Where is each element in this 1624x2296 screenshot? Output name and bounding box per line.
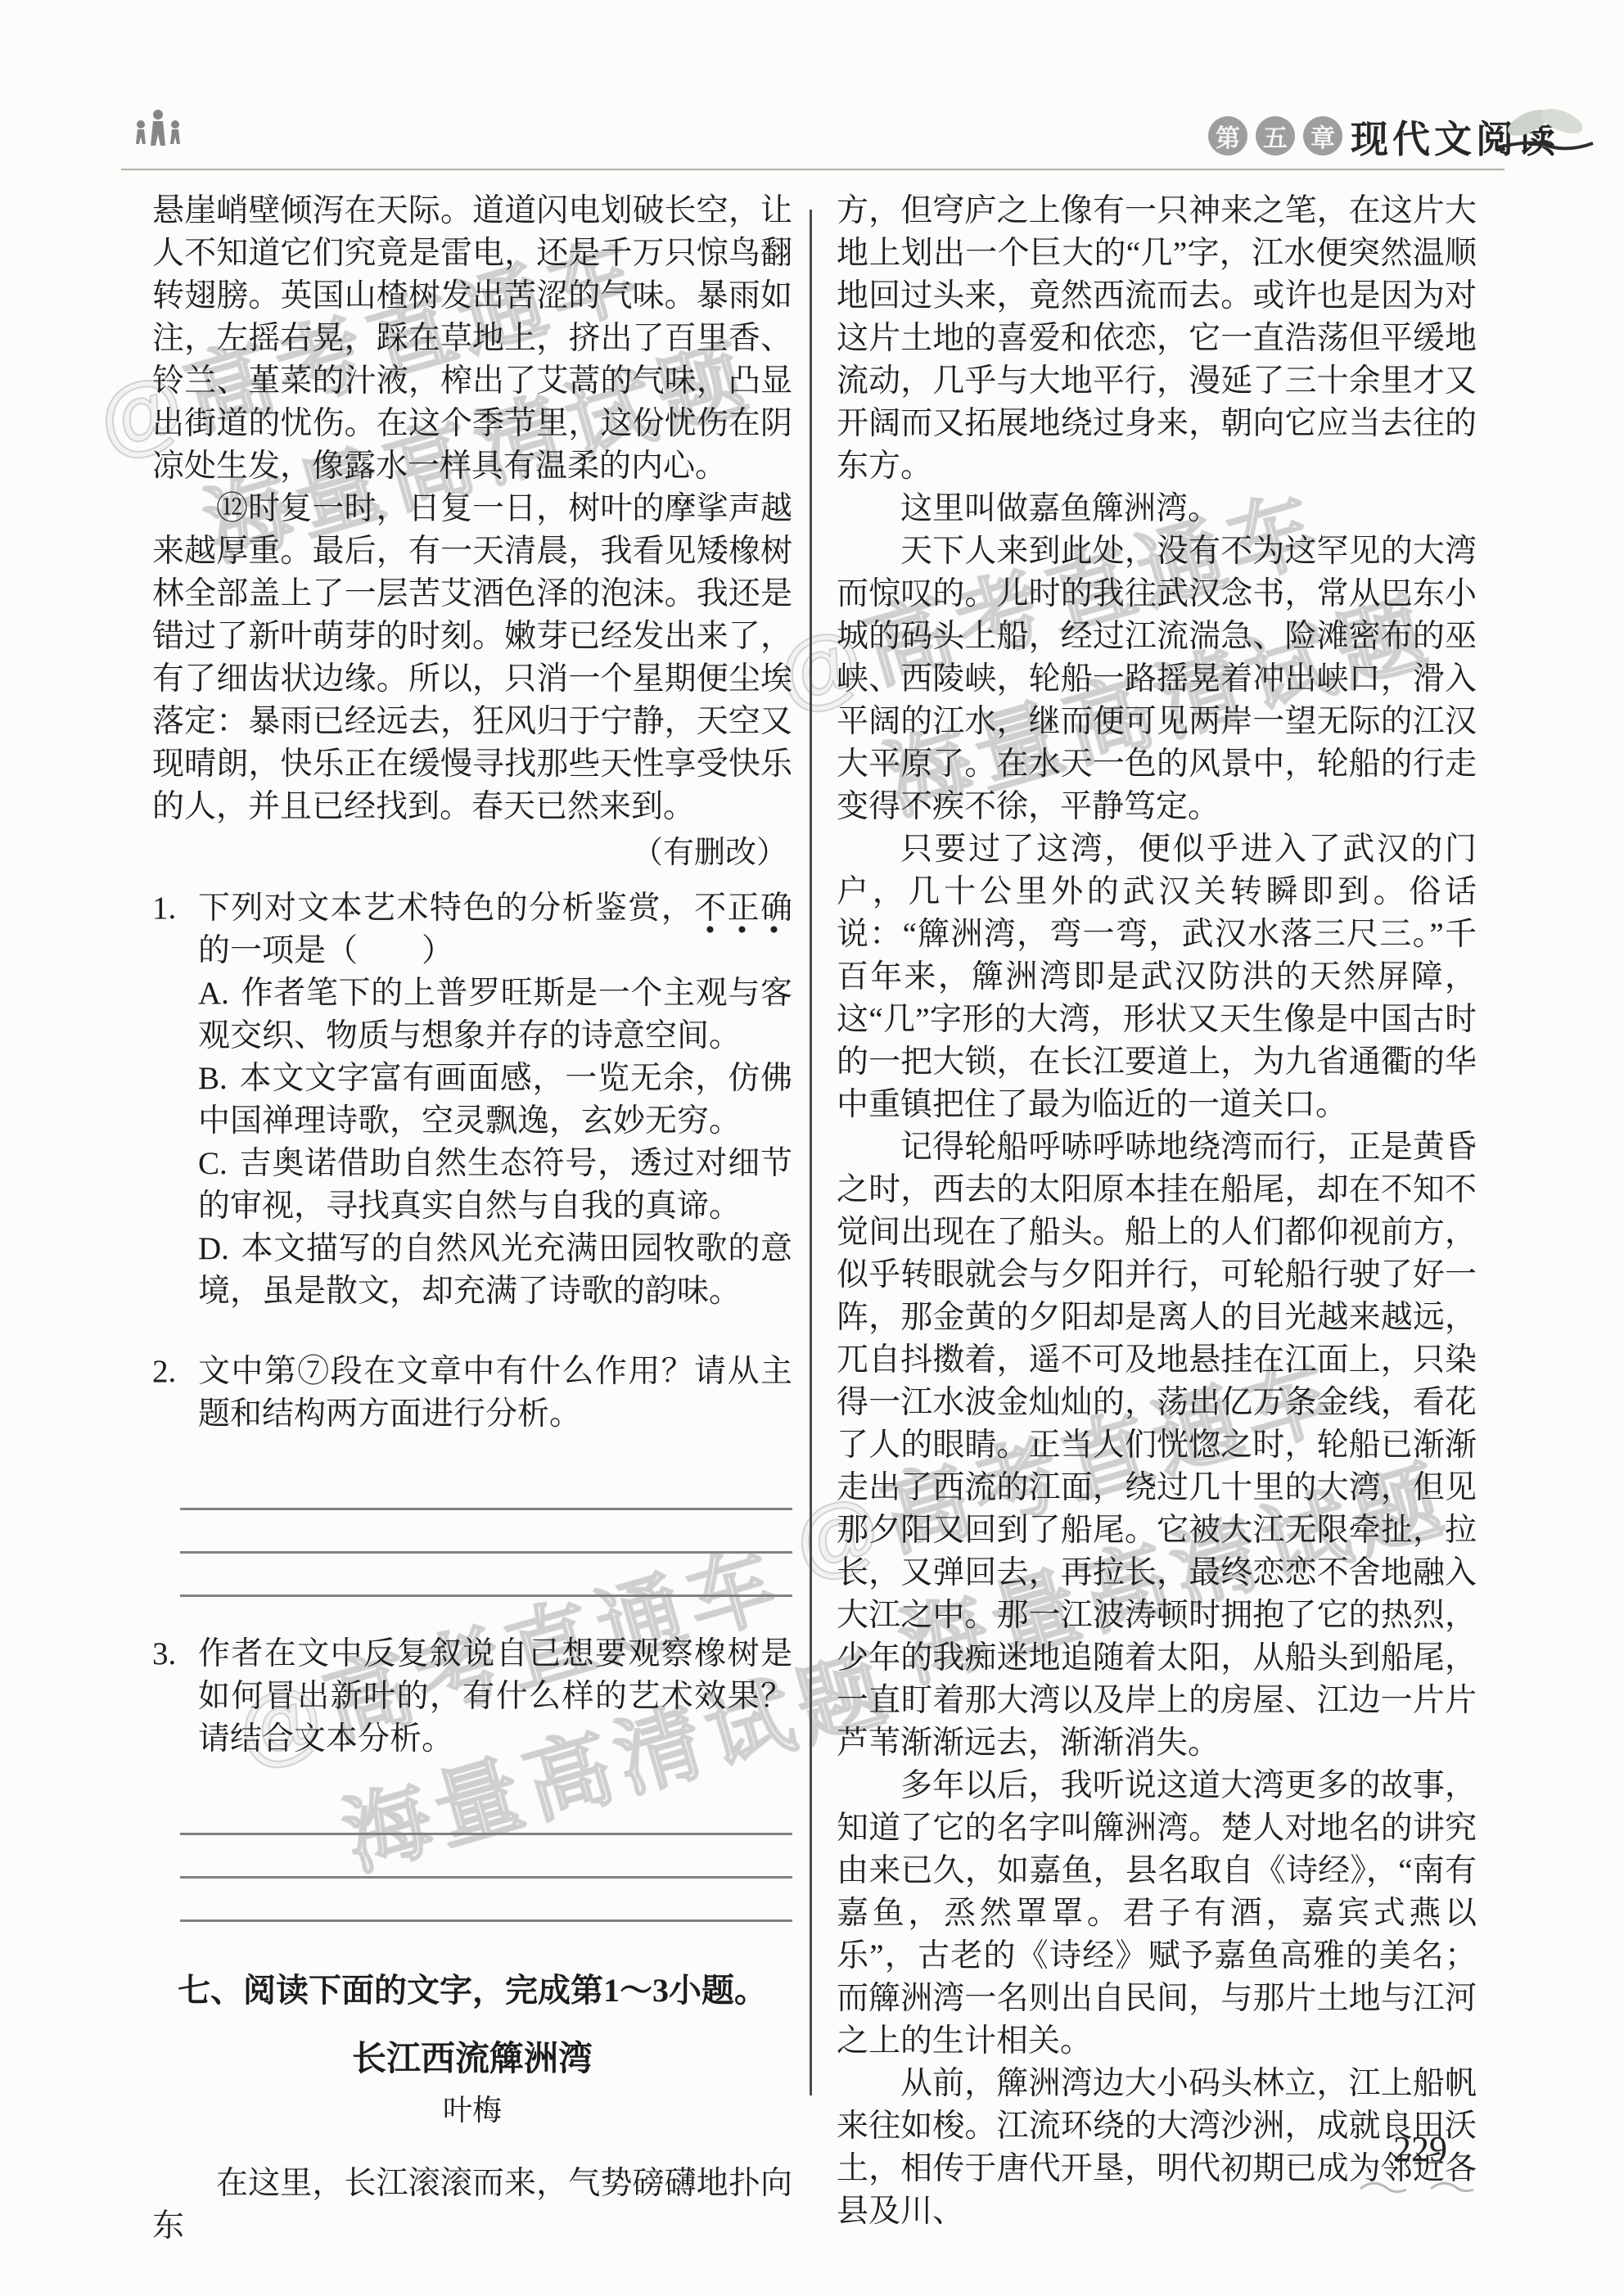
option-label: B. [198, 1061, 228, 1096]
passage-paragraph: 这里叫做嘉鱼簰洲湾。 [837, 488, 1477, 530]
answer-line [180, 1554, 792, 1597]
emphasized-text: 不正确 [694, 891, 792, 934]
answer-line [180, 1467, 792, 1510]
page-number-decoration-icon [1356, 2176, 1486, 2203]
answer-line [180, 1792, 792, 1835]
passage-paragraph: 方，但穹庐之上像有一只神来之笔，在这片大地上划出一个巨大的“几”字，江水便突然温… [837, 190, 1477, 488]
option-a: A.作者笔下的上普罗旺斯是一个主观与客观交织、物质与想象并存的诗意空间。 [198, 972, 792, 1058]
passage-paragraph: 多年以后，我听说这道大湾更多的故事，知道了它的名字叫簰洲湾。楚人对地名的讲究由来… [837, 1765, 1477, 2063]
option-c: C.吉奥诺借助自然生态符号，透过对细节的审视，寻找真实自然与自我的真谛。 [198, 1143, 792, 1228]
option-text: 本文描写的自然风光充满田园牧歌的意境，虽是散文，却充满了诗歌的韵味。 [198, 1231, 792, 1309]
page: { "header": { "chapter_badge": { "char1"… [0, 0, 1624, 2296]
answer-line [180, 1879, 792, 1922]
source-note: （有删改） [152, 832, 787, 874]
passage-paragraph: 只要过了这湾，便似乎进入了武汉的门户，几十公里外的武汉关转瞬即到。俗话说：“簰洲… [837, 828, 1477, 1126]
left-column: 悬崖峭壁倾泻在天际。道道闪电划破长空，让人不知道它们究竟是雷电，还是千万只惊鸟翻… [152, 190, 792, 2248]
option-text: 本文文字富有画面感，一览无余，仿佛中国禅理诗歌，空灵飘逸，玄妙无穷。 [198, 1061, 792, 1139]
question-stem: 下列对文本艺术特色的分析鉴赏，不正确的一项是（ ） [198, 887, 792, 972]
passage-paragraph: 天下人来到此处，没有不为这罕见的大湾而惊叹的。儿时的我往武汉念书，常从巴东小城的… [837, 530, 1477, 828]
question-stem: 作者在文中反复叙说自己想要观察橡树是如何冒出新叶的，有什么样的艺术效果？请结合文… [198, 1633, 792, 1761]
question-number: 2. [152, 1351, 176, 1393]
header-rule [121, 169, 1504, 170]
chapter-badge-char: 章 [1303, 116, 1342, 156]
passage-paragraph: 从前，簰洲湾边大小码头林立，江上船帆来往如梭。江流环绕的大湾沙洲，成就良田沃土，… [837, 2063, 1477, 2233]
people-icon [129, 105, 188, 166]
option-label: D. [198, 1231, 229, 1266]
question-number: 1. [152, 887, 176, 930]
chapter-badge-char: 第 [1208, 116, 1247, 156]
option-text: 作者笔下的上普罗旺斯是一个主观与客观交织、物质与想象并存的诗意空间。 [198, 976, 792, 1053]
question-stem: 文中第⑦段在文章中有什么作用？请从主题和结构两方面进行分析。 [198, 1351, 792, 1436]
chapter-badge: 第 五 章 [1208, 116, 1342, 156]
answer-area [180, 1792, 792, 1922]
leaf-decoration-icon [1491, 97, 1598, 166]
option-text: 吉奥诺借助自然生态符号，透过对细节的审视，寻找真实自然与自我的真谛。 [198, 1146, 792, 1224]
chapter-badge-char: 五 [1256, 116, 1295, 156]
section-heading: 七、阅读下面的文字，完成第1～3小题。 [152, 1969, 792, 2012]
passage-paragraph: 悬崖峭壁倾泻在天际。道道闪电划破长空，让人不知道它们究竟是雷电，还是千万只惊鸟翻… [152, 190, 792, 488]
page-number: 229 [1393, 2128, 1447, 2170]
question-1: 1. 下列对文本艺术特色的分析鉴赏，不正确的一项是（ ） A.作者笔下的上普罗旺… [152, 887, 792, 1313]
option-d: D.本文描写的自然风光充满田园牧歌的意境，虽是散文，却充满了诗歌的韵味。 [198, 1228, 792, 1313]
passage-title: 长江西流簰洲湾 [152, 2038, 792, 2081]
question-3: 3. 作者在文中反复叙说自己想要观察橡树是如何冒出新叶的，有什么样的艺术效果？请… [152, 1633, 792, 1761]
option-label: A. [198, 976, 229, 1011]
passage-author: 叶梅 [152, 2091, 792, 2130]
passage-paragraph: 在这里，长江滚滚而来，气势磅礴地扑向东 [152, 2163, 792, 2248]
question-number: 3. [152, 1633, 176, 1676]
passage-paragraph: ⑫时复一时，日复一日，树叶的摩挲声越来越厚重。最后，有一天清晨，我看见矮橡树林全… [152, 488, 792, 828]
option-b: B.本文文字富有画面感，一览无余，仿佛中国禅理诗歌，空灵飘逸，玄妙无穷。 [198, 1058, 792, 1143]
option-label: C. [198, 1146, 228, 1181]
right-column: 方，但穹庐之上像有一只神来之笔，在这片大地上划出一个巨大的“几”字，江水便突然温… [837, 190, 1477, 2233]
answer-area [180, 1467, 792, 1597]
answer-line [180, 1510, 792, 1554]
question-2: 2. 文中第⑦段在文章中有什么作用？请从主题和结构两方面进行分析。 [152, 1351, 792, 1436]
column-divider [810, 210, 812, 2095]
passage-paragraph: 记得轮船呼哧呼哧地绕湾而行，正是黄昏之时，西去的太阳原本挂在船尾，却在不知不觉间… [837, 1126, 1477, 1765]
answer-line [180, 1835, 792, 1879]
question-stem-text: 下列对文本艺术特色的分析鉴赏， [198, 891, 694, 926]
question-stem-text: 的一项是（ ） [198, 933, 453, 968]
